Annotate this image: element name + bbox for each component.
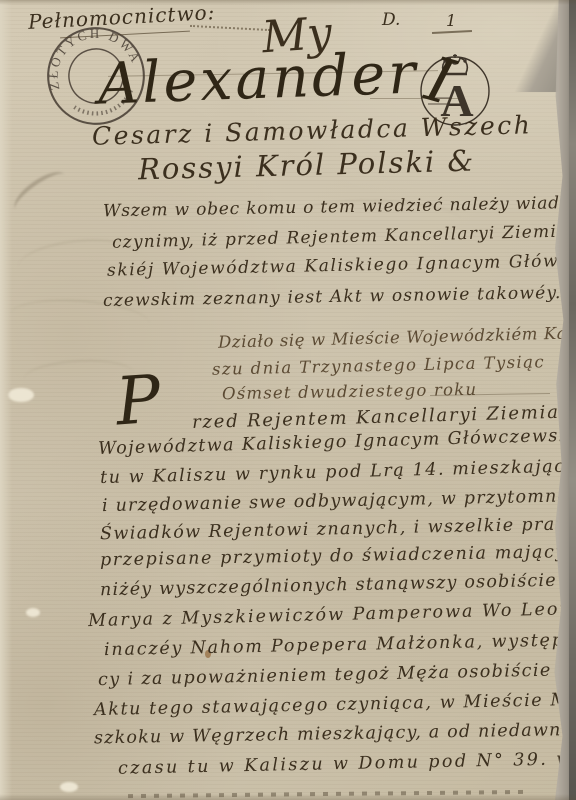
body-line: szkoku w Węgrzech mieszkający, a od nied… xyxy=(94,720,576,749)
ink-smear xyxy=(9,165,72,219)
document-scan: ZŁOTYCH DWA A Pełnomocnictwo: D. 1 My Al… xyxy=(0,0,576,800)
body-line: inaczéy Nahom Popepera Małżonka, występu… xyxy=(104,630,576,660)
body-line: niżéy wyszczególnionych stanąwszy osobiś… xyxy=(100,570,576,601)
body-line: i urzędowanie swe odbywającym, w przytom… xyxy=(102,486,576,516)
paper-edge-left xyxy=(0,0,12,800)
scan-background-right xyxy=(569,0,576,800)
body-line: Wszem w obec komu o tem wiedzieć należy … xyxy=(103,193,576,222)
paper-edge-bottom xyxy=(0,794,576,800)
drop-cap-initial: P xyxy=(113,361,163,441)
body-line: przepisane przymioty do świadczenia mają… xyxy=(100,542,576,571)
body-line: czewskim zeznany iest Akt w osnowie tako… xyxy=(103,283,562,311)
body-line: czasu tu w Kaliszu w Domu pod N° 39. w xyxy=(118,749,574,779)
body-line: Świadków Rejentowi znanych, i wszelkie p… xyxy=(100,514,576,545)
title-line-2: Rossyi Król Polski & xyxy=(138,144,476,187)
body-line: cy i za upoważnieniem tegoż Męża osobiśc… xyxy=(98,660,576,690)
paper-damage-spot xyxy=(60,782,78,792)
dateline-line: szu dnia Trzynastego Lipca Tysiąc xyxy=(212,352,545,379)
ref-number-underline xyxy=(432,30,472,34)
paper-edge-top xyxy=(0,0,576,5)
body-line: tu w Kaliszu w rynku pod Lrą 14. mieszka… xyxy=(100,456,576,488)
annotation-pelnomocnictwo: Pełnomocnictwo: xyxy=(28,0,216,34)
ref-number: 1 xyxy=(446,11,456,30)
body-line: Województwa Kaliskiego Ignacym Główczews… xyxy=(98,425,576,459)
dateline-line: Działo się w Mieście Wojewódzkiém Kali xyxy=(218,323,576,351)
body-line: Marya z Myszkiewiczów Pamperowa Wo Leona xyxy=(88,599,576,631)
ref-letter: D. xyxy=(382,10,400,30)
annotation-flourish-dots xyxy=(190,24,270,31)
dateline-line: Ośmset dwudziestego roku xyxy=(222,380,478,403)
paper-damage-spot xyxy=(26,608,40,617)
body-line: skiéj Województwa Kaliskiego Ignacym Głó… xyxy=(107,251,560,280)
sovereign-name: Alexander xyxy=(97,40,420,117)
body-line: Aktu tego stawającego czyniąca, w Mieści… xyxy=(94,690,576,720)
